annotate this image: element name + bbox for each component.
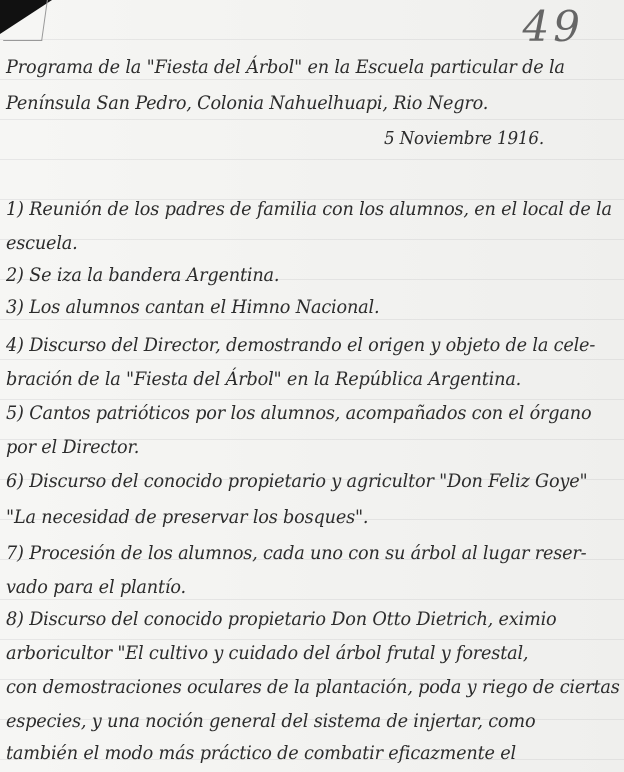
body-line: 2) Se iza la bandera Argentina. xyxy=(6,264,575,286)
body-line: con demostraciones oculares de la planta… xyxy=(6,676,575,698)
body-line: especies, y una noción general del siste… xyxy=(6,710,575,732)
body-line: bración de la "Fiesta del Árbol" en la R… xyxy=(6,368,575,390)
body-line: escuela. xyxy=(6,232,575,254)
handwritten-page: 49 Programa de la "Fiesta del Árbol" en … xyxy=(0,0,624,772)
body-line: 3) Los alumnos cantan el Himno Nacional. xyxy=(6,296,575,318)
body-line: 1) Reunión de los padres de familia con … xyxy=(6,198,575,220)
title-line: Programa de la "Fiesta del Árbol" en la … xyxy=(6,56,575,78)
body-line: 6) Discurso del conocido propietario y a… xyxy=(6,470,575,492)
body-line: arboricultor "El cultivo y cuidado del á… xyxy=(6,642,575,664)
body-line: 8) Discurso del conocido propietario Don… xyxy=(6,608,575,630)
body-line: 5) Cantos patrióticos por los alumnos, a… xyxy=(6,402,575,424)
body-line: también el modo más práctico de combatir… xyxy=(6,742,575,764)
corner-fold xyxy=(3,0,48,41)
title-line: Península San Pedro, Colonia Nahuelhuapi… xyxy=(6,92,575,114)
body-line: 7) Procesión de los alumnos, cada uno co… xyxy=(6,542,575,564)
body-line: 4) Discurso del Director, demostrando el… xyxy=(6,334,575,356)
body-line: vado para el plantío. xyxy=(6,576,575,598)
body-line: por el Director. xyxy=(6,436,575,458)
page-number: 49 xyxy=(523,2,584,51)
body-line: "La necesidad de preservar los bosques". xyxy=(6,506,575,528)
document-date: 5 Noviembre 1916. xyxy=(384,128,602,149)
